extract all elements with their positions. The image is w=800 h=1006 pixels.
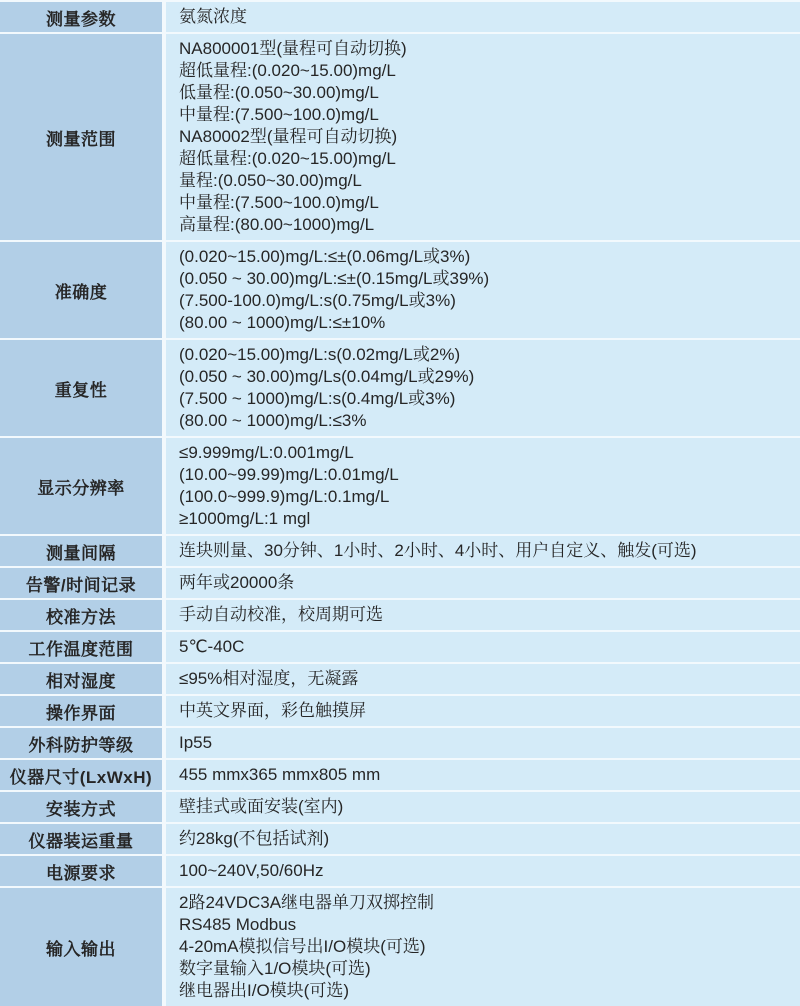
- value-line: 超低量程:(0.020~15.00)mg/L: [179, 60, 792, 82]
- table-row: 测量参数氨氮浓度: [0, 2, 800, 34]
- value-cell: Ip55: [166, 728, 800, 758]
- value-line: (100.0~999.9)mg/L:0.1mg/L: [179, 486, 792, 508]
- value-line: 4-20mA模拟信号出I/O模块(可选): [179, 936, 792, 958]
- value-line: (7.500 ~ 1000)mg/L:s(0.4mg/L或3%): [179, 388, 792, 410]
- value-line: (80.00 ~ 1000)mg/L:≤±10%: [179, 312, 792, 334]
- value-line: 中量程:(7.500~100.0)mg/L: [179, 104, 792, 126]
- value-line: 中量程:(7.500~100.0)mg/L: [179, 192, 792, 214]
- value-line: 低量程:(0.050~30.00)mg/L: [179, 82, 792, 104]
- table-row: 相对湿度≤95%相对湿度，无凝露: [0, 664, 800, 696]
- value-line: 约28kg(不包括试剂): [179, 828, 792, 850]
- value-line: (7.500-100.0)mg/L:s(0.75mg/L或3%): [179, 290, 792, 312]
- value-cell: 中英文界面，彩色触摸屏: [166, 696, 800, 726]
- value-cell: 100~240V,50/60Hz: [166, 856, 800, 886]
- value-cell: ≤9.999mg/L:0.001mg/L(10.00~99.99)mg/L:0.…: [166, 438, 800, 534]
- value-cell: 2路24VDC3A继电器单刀双掷控制RS485 Modbus4-20mA模拟信号…: [166, 888, 800, 1006]
- param-cell: 测量范围: [0, 34, 166, 240]
- param-cell: 安装方式: [0, 792, 166, 822]
- value-line: 中英文界面，彩色触摸屏: [179, 700, 792, 722]
- param-cell: 操作界面: [0, 696, 166, 726]
- param-cell: 显示分辨率: [0, 438, 166, 534]
- value-cell: 连块则量、30分钟、1小时、2小时、4小时、用户自定义、触发(可选): [166, 536, 800, 566]
- value-line: 超低量程:(0.020~15.00)mg/L: [179, 148, 792, 170]
- value-line: 2路24VDC3A继电器单刀双掷控制: [179, 892, 792, 914]
- table-row: 校准方法手动自动校准，校周期可选: [0, 600, 800, 632]
- param-cell: 告警/时间记录: [0, 568, 166, 598]
- value-cell: 约28kg(不包括试剂): [166, 824, 800, 854]
- value-line: NA80002型(量程可自动切换): [179, 126, 792, 148]
- param-cell: 重复性: [0, 340, 166, 436]
- value-line: 继电器出I/O模块(可选): [179, 980, 792, 1002]
- value-line: (0.020~15.00)mg/L:≤±(0.06mg/L或3%): [179, 246, 792, 268]
- value-line: 高量程:(80.00~1000)mg/L: [179, 214, 792, 236]
- value-line: ≥1000mg/L:1 mgl: [179, 508, 792, 530]
- value-line: ≤95%相对湿度，无凝露: [179, 668, 792, 690]
- value-line: (0.020~15.00)mg/L:s(0.02mg/L或2%): [179, 344, 792, 366]
- value-cell: 5℃-40C: [166, 632, 800, 662]
- value-cell: 手动自动校准，校周期可选: [166, 600, 800, 630]
- table-row: 显示分辨率≤9.999mg/L:0.001mg/L(10.00~99.99)mg…: [0, 438, 800, 536]
- value-cell: ≤95%相对湿度，无凝露: [166, 664, 800, 694]
- value-line: 100~240V,50/60Hz: [179, 860, 792, 882]
- param-cell: 测量间隔: [0, 536, 166, 566]
- value-line: 数字量输入1/O模块(可选): [179, 958, 792, 980]
- table-row: 外科防护等级Ip55: [0, 728, 800, 760]
- table-row: 重复性(0.020~15.00)mg/L:s(0.02mg/L或2%)(0.05…: [0, 340, 800, 438]
- param-cell: 相对湿度: [0, 664, 166, 694]
- value-line: (0.050 ~ 30.00)mg/L:≤±(0.15mg/L或39%): [179, 268, 792, 290]
- table-row: 测量间隔连块则量、30分钟、1小时、2小时、4小时、用户自定义、触发(可选): [0, 536, 800, 568]
- param-cell: 电源要求: [0, 856, 166, 886]
- param-cell: 仪器尺寸(LxWxH): [0, 760, 166, 790]
- table-row: 仪器尺寸(LxWxH)455 mmx365 mmx805 mm: [0, 760, 800, 792]
- value-cell: 两年或20000条: [166, 568, 800, 598]
- value-line: 5℃-40C: [179, 636, 792, 658]
- table-row: 安装方式壁挂式或面安装(室内): [0, 792, 800, 824]
- param-cell: 工作温度范围: [0, 632, 166, 662]
- value-line: RS485 Modbus: [179, 914, 792, 936]
- table-row: 仪器装运重量约28kg(不包括试剂): [0, 824, 800, 856]
- param-cell: 校准方法: [0, 600, 166, 630]
- value-line: (80.00 ~ 1000)mg/L:≤3%: [179, 410, 792, 432]
- param-cell: 准确度: [0, 242, 166, 338]
- value-cell: (0.020~15.00)mg/L:s(0.02mg/L或2%)(0.050 ~…: [166, 340, 800, 436]
- value-line: 连块则量、30分钟、1小时、2小时、4小时、用户自定义、触发(可选): [179, 540, 792, 562]
- param-cell: 输入输出: [0, 888, 166, 1006]
- value-line: (0.050 ~ 30.00)mg/Ls(0.04mg/L或29%): [179, 366, 792, 388]
- param-cell: 仪器装运重量: [0, 824, 166, 854]
- value-line: NA800001型(量程可自动切换): [179, 38, 792, 60]
- value-line: 手动自动校准，校周期可选: [179, 604, 792, 626]
- param-cell: 测量参数: [0, 2, 166, 32]
- spec-table: 测量参数氨氮浓度测量范围NA800001型(量程可自动切换)超低量程:(0.02…: [0, 0, 800, 1006]
- table-row: 输入输出2路24VDC3A继电器单刀双掷控制RS485 Modbus4-20mA…: [0, 888, 800, 1006]
- value-line: (10.00~99.99)mg/L:0.01mg/L: [179, 464, 792, 486]
- value-line: 量程:(0.050~30.00)mg/L: [179, 170, 792, 192]
- value-line: 氨氮浓度: [179, 6, 792, 28]
- value-line: Ip55: [179, 732, 792, 754]
- table-row: 告警/时间记录两年或20000条: [0, 568, 800, 600]
- table-row: 准确度(0.020~15.00)mg/L:≤±(0.06mg/L或3%)(0.0…: [0, 242, 800, 340]
- value-line: ≤9.999mg/L:0.001mg/L: [179, 442, 792, 464]
- value-cell: 氨氮浓度: [166, 2, 800, 32]
- value-line: 两年或20000条: [179, 572, 792, 594]
- value-cell: 壁挂式或面安装(室内): [166, 792, 800, 822]
- table-row: 工作温度范围5℃-40C: [0, 632, 800, 664]
- value-cell: (0.020~15.00)mg/L:≤±(0.06mg/L或3%)(0.050 …: [166, 242, 800, 338]
- value-line: 455 mmx365 mmx805 mm: [179, 764, 792, 786]
- table-row: 电源要求100~240V,50/60Hz: [0, 856, 800, 888]
- table-row: 操作界面中英文界面，彩色触摸屏: [0, 696, 800, 728]
- table-row: 测量范围NA800001型(量程可自动切换)超低量程:(0.020~15.00)…: [0, 34, 800, 242]
- param-cell: 外科防护等级: [0, 728, 166, 758]
- value-cell: 455 mmx365 mmx805 mm: [166, 760, 800, 790]
- value-line: 壁挂式或面安装(室内): [179, 796, 792, 818]
- value-cell: NA800001型(量程可自动切换)超低量程:(0.020~15.00)mg/L…: [166, 34, 800, 240]
